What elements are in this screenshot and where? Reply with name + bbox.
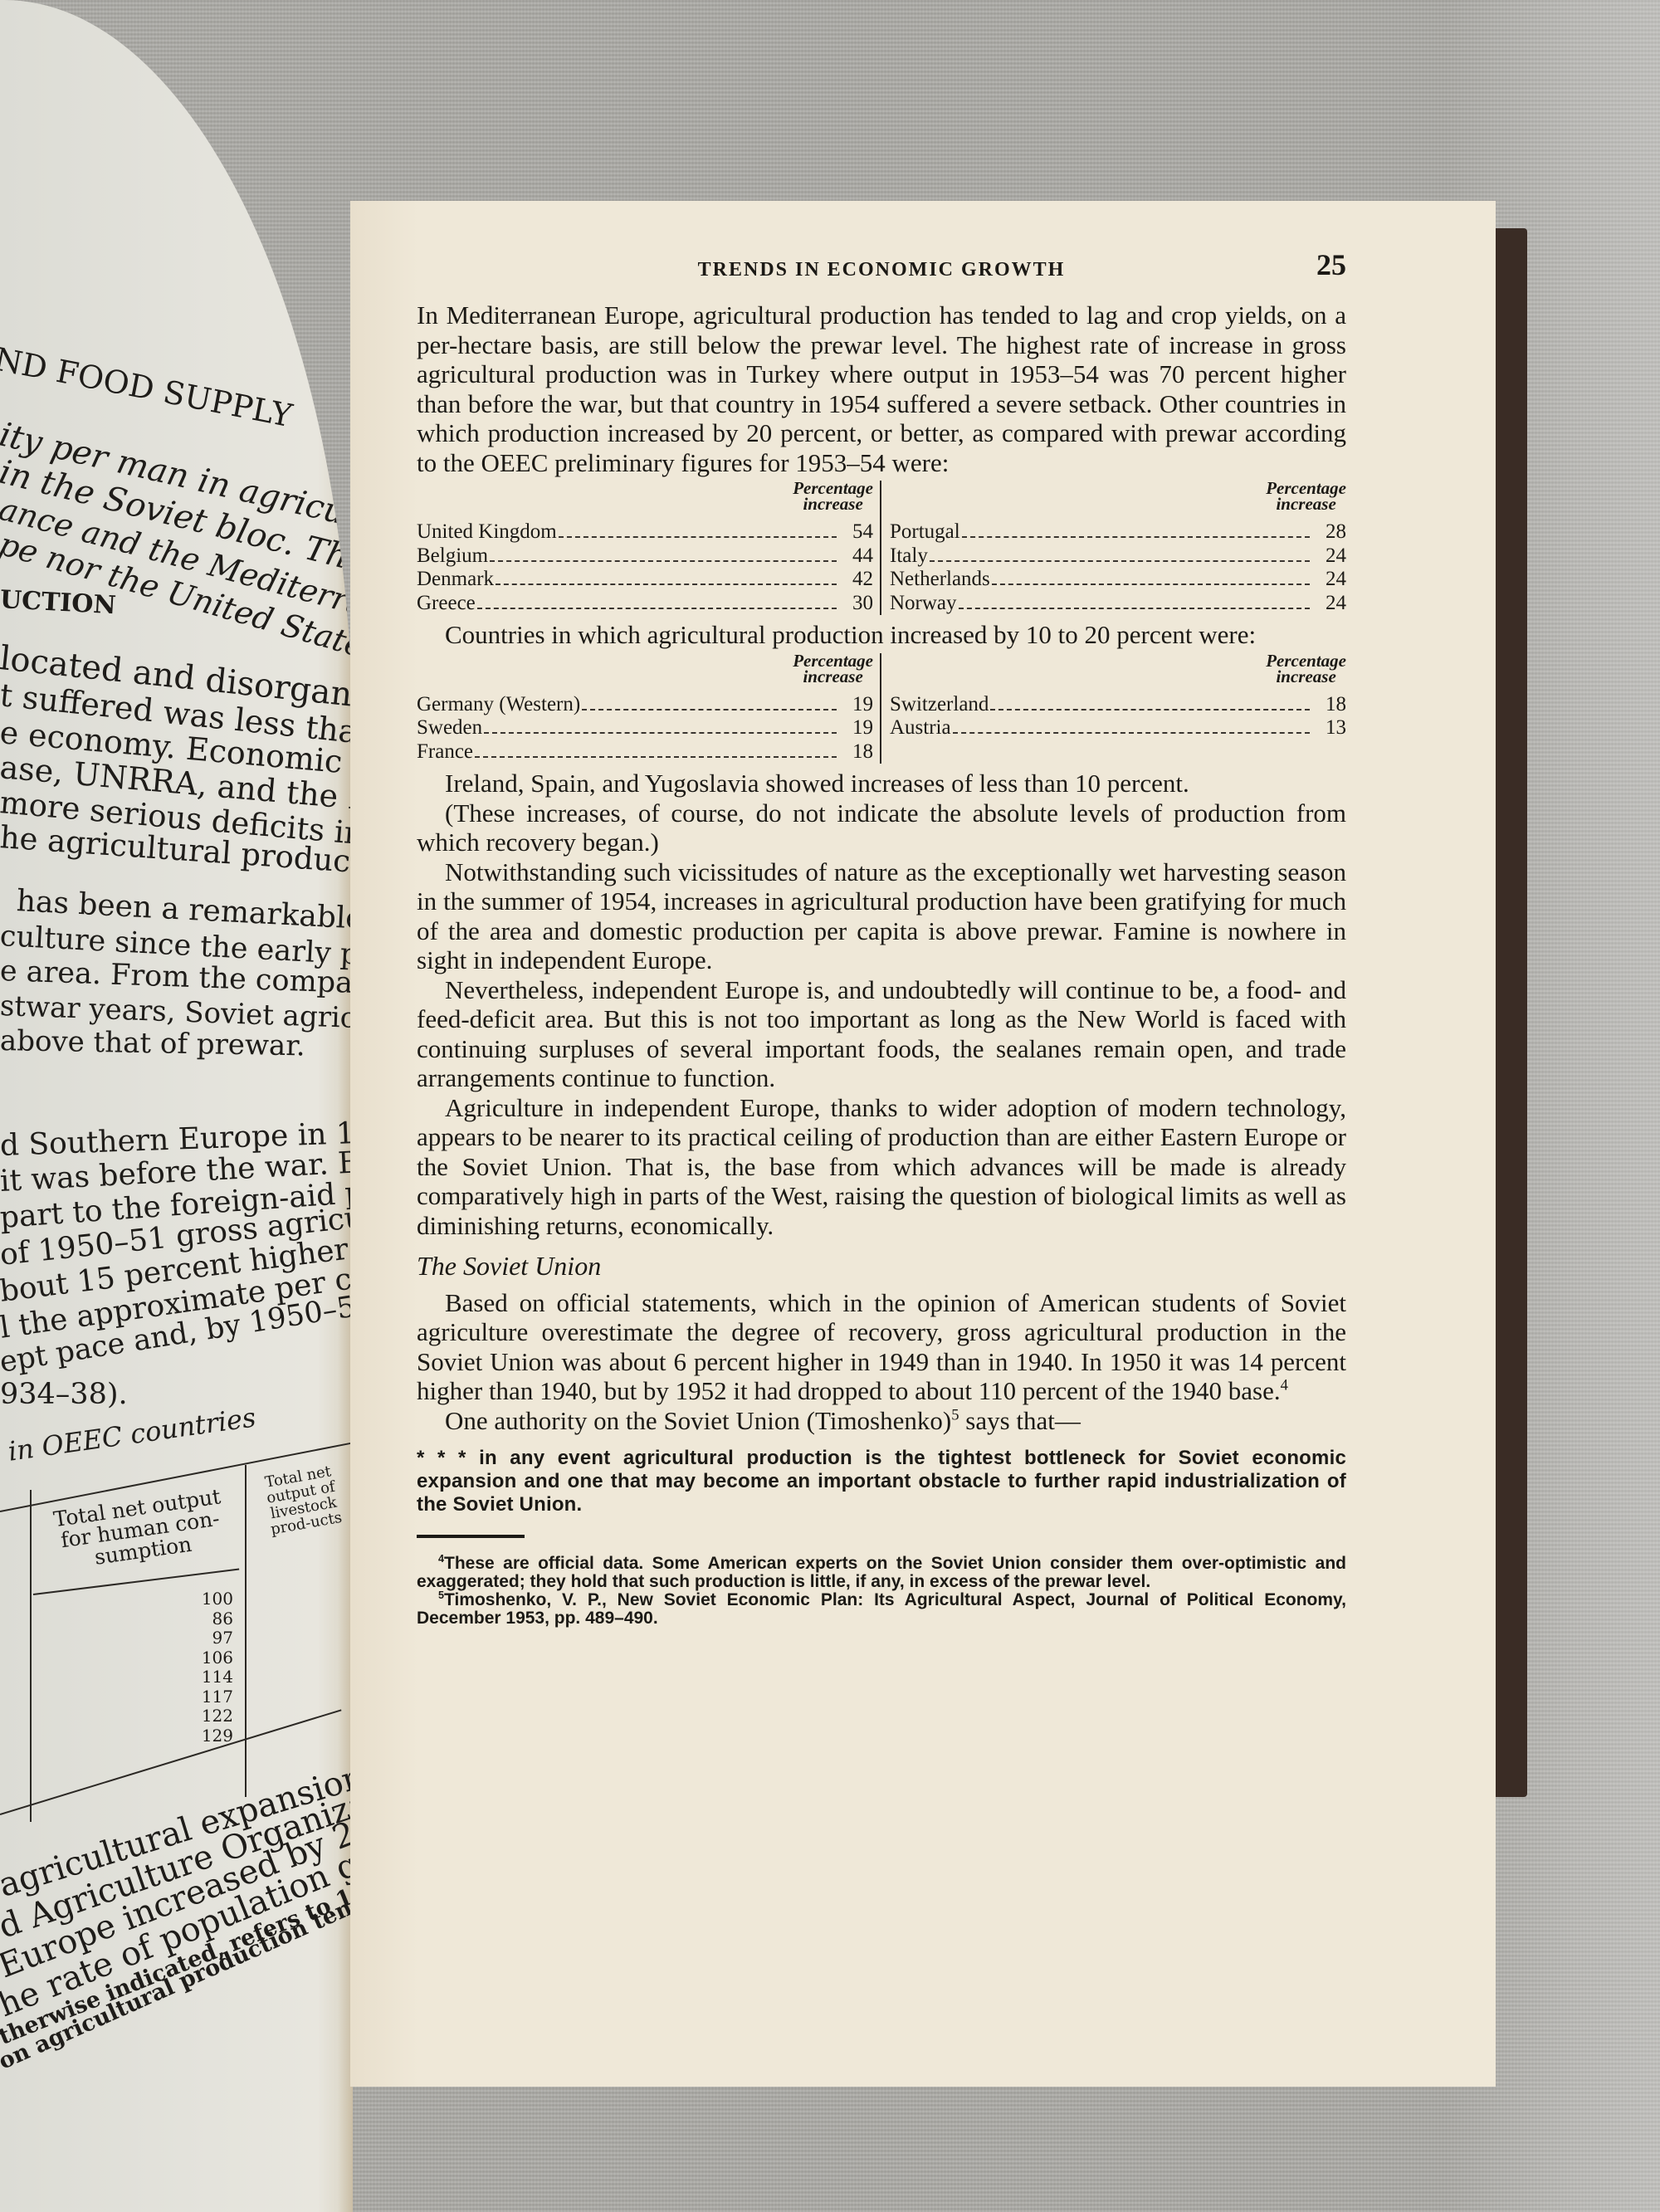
dot-leader bbox=[496, 584, 837, 585]
block-quote: * * * in any event agricultural producti… bbox=[417, 1447, 1346, 1516]
footnote-ref[interactable]: 5 bbox=[951, 1406, 959, 1423]
dot-leader bbox=[992, 584, 1310, 585]
dot-leader bbox=[559, 536, 837, 538]
table-row: Norway24 bbox=[890, 592, 1346, 616]
table-row: Switzerland18 bbox=[890, 693, 1346, 717]
table-row: Netherlands24 bbox=[890, 568, 1346, 592]
section-heading-soviet-union: The Soviet Union bbox=[417, 1252, 1346, 1282]
table-row: Greece30 bbox=[417, 592, 873, 616]
table-row: Austria13 bbox=[890, 716, 1346, 740]
left-page: ND FOOD SUPPLY ity per man in agricultur… bbox=[0, 0, 353, 2212]
dot-leader bbox=[930, 560, 1310, 562]
country-name: United Kingdom bbox=[417, 520, 557, 544]
percentage-value: 18 bbox=[845, 740, 873, 764]
table-row: Portugal28 bbox=[890, 520, 1346, 544]
dot-leader bbox=[962, 536, 1310, 538]
country-name: Austria bbox=[890, 716, 951, 740]
percentage-value: 44 bbox=[845, 544, 873, 569]
right-page: TRENDS IN ECONOMIC GROWTH 25 In Mediterr… bbox=[350, 201, 1496, 2087]
table-cell: 100 bbox=[178, 1589, 233, 1609]
country-name: Portugal bbox=[890, 520, 960, 544]
page-content: TRENDS IN ECONOMIC GROWTH 25 In Mediterr… bbox=[417, 251, 1346, 1628]
running-head: TRENDS IN ECONOMIC GROWTH 25 bbox=[417, 251, 1346, 300]
percentage-value: 24 bbox=[1318, 592, 1346, 616]
column-header: Percentageincrease bbox=[890, 481, 1346, 512]
paragraph-mediterranean: In Mediterranean Europe, agricultural pr… bbox=[417, 300, 1346, 477]
table-row: United Kingdom54 bbox=[417, 520, 873, 544]
percentage-value: 42 bbox=[845, 568, 873, 592]
footnote-rule bbox=[417, 1535, 525, 1538]
country-name: Sweden bbox=[417, 716, 482, 740]
left-table-col-divider bbox=[245, 1465, 247, 1797]
table-row: Belgium44 bbox=[417, 544, 873, 569]
paragraph-based-on-official: Based on official statements, which in t… bbox=[417, 1288, 1346, 1406]
paragraph-notwithstanding: Notwithstanding such vicissitudes of nat… bbox=[417, 857, 1346, 975]
column-header: Percentageincrease bbox=[417, 481, 873, 512]
footnote-4: 4These are official data. Some American … bbox=[417, 1555, 1346, 1591]
country-name: Norway bbox=[890, 592, 957, 616]
footnote-5: 5Timoshenko, V. P., New Soviet Economic … bbox=[417, 1591, 1346, 1628]
percentage-value: 24 bbox=[1318, 568, 1346, 592]
percentage-table-10-to-20: Percentageincrease Germany (Western)19 S… bbox=[417, 653, 1346, 764]
dot-leader bbox=[582, 709, 837, 710]
table-cell: 114 bbox=[178, 1668, 233, 1687]
table-cell: 129 bbox=[178, 1726, 233, 1746]
dot-leader bbox=[490, 560, 837, 562]
country-name: Netherlands bbox=[890, 568, 990, 592]
percentage-value: 18 bbox=[1318, 693, 1346, 717]
table-row: Sweden19 bbox=[417, 716, 873, 740]
left-chapter-heading: ND FOOD SUPPLY bbox=[0, 340, 295, 434]
dot-leader bbox=[990, 709, 1310, 710]
country-name: Denmark bbox=[417, 568, 494, 592]
table-column-left: Percentageincrease Germany (Western)19 S… bbox=[417, 653, 881, 764]
country-name: Italy bbox=[890, 544, 928, 569]
dot-leader bbox=[477, 608, 837, 609]
dot-leader bbox=[475, 756, 837, 758]
left-subheading: UCTION bbox=[0, 585, 117, 620]
country-name: France bbox=[417, 740, 473, 764]
percentage-value: 24 bbox=[1318, 544, 1346, 569]
table-cell: 106 bbox=[178, 1648, 233, 1668]
left-text-line: 934–38). bbox=[0, 1378, 128, 1411]
table-column-right: Percentageincrease Portugal28 Italy24 Ne… bbox=[881, 481, 1346, 615]
left-table-col2-header: Total net output of livestock prod-ucts bbox=[247, 1461, 353, 1541]
table-cell: 117 bbox=[178, 1687, 233, 1707]
table-row: Denmark42 bbox=[417, 568, 873, 592]
percentage-value: 28 bbox=[1318, 520, 1346, 544]
table-column-right: Percentageincrease Switzerland18 Austria… bbox=[881, 653, 1346, 764]
left-text-line: above that of prewar. bbox=[0, 1024, 305, 1062]
table-row: Italy24 bbox=[890, 544, 1346, 569]
left-table-values: 100 86 97 106 114 117 122 129 bbox=[178, 1589, 233, 1746]
paragraph-nevertheless: Nevertheless, independent Europe is, and… bbox=[417, 975, 1346, 1093]
percentage-value: 19 bbox=[845, 693, 873, 717]
table-row: Germany (Western)19 bbox=[417, 693, 873, 717]
left-table-col-divider bbox=[30, 1490, 32, 1822]
percentage-value: 30 bbox=[845, 592, 873, 616]
table-row: France18 bbox=[417, 740, 873, 764]
page-number: 25 bbox=[1316, 251, 1346, 281]
running-title: TRENDS IN ECONOMIC GROWTH bbox=[417, 256, 1346, 286]
country-name: Belgium bbox=[417, 544, 488, 569]
paragraph-ireland: Ireland, Spain, and Yugoslavia showed in… bbox=[417, 769, 1346, 798]
paragraph-absolute-levels: (These increases, of course, do not indi… bbox=[417, 798, 1346, 857]
table-cell: 122 bbox=[178, 1707, 233, 1726]
paragraph-one-authority: One authority on the Soviet Union (Timos… bbox=[417, 1406, 1346, 1436]
footnote-ref[interactable]: 4 bbox=[1281, 1377, 1288, 1394]
table-column-left: Percentageincrease United Kingdom54 Belg… bbox=[417, 481, 881, 615]
country-name: Germany (Western) bbox=[417, 693, 580, 717]
left-table-caption: in OEEC countries bbox=[6, 1401, 257, 1467]
percentage-value: 13 bbox=[1318, 716, 1346, 740]
table-cell: 97 bbox=[178, 1628, 233, 1648]
percentage-value: 54 bbox=[845, 520, 873, 544]
paragraph-agriculture: Agriculture in independent Europe, thank… bbox=[417, 1093, 1346, 1241]
percentage-value: 19 bbox=[845, 716, 873, 740]
country-name: Greece bbox=[417, 592, 476, 616]
paragraph-10-to-20: Countries in which agricultural producti… bbox=[417, 620, 1346, 650]
column-header: Percentageincrease bbox=[417, 653, 873, 685]
dot-leader bbox=[959, 608, 1310, 609]
country-name: Switzerland bbox=[890, 693, 989, 717]
book-cover-edge bbox=[1494, 228, 1527, 1797]
table-cell: 86 bbox=[178, 1609, 233, 1629]
dot-leader bbox=[953, 732, 1310, 734]
dot-leader bbox=[484, 732, 837, 734]
column-header: Percentageincrease bbox=[890, 653, 1346, 685]
percentage-table-20-plus: Percentageincrease United Kingdom54 Belg… bbox=[417, 481, 1346, 615]
